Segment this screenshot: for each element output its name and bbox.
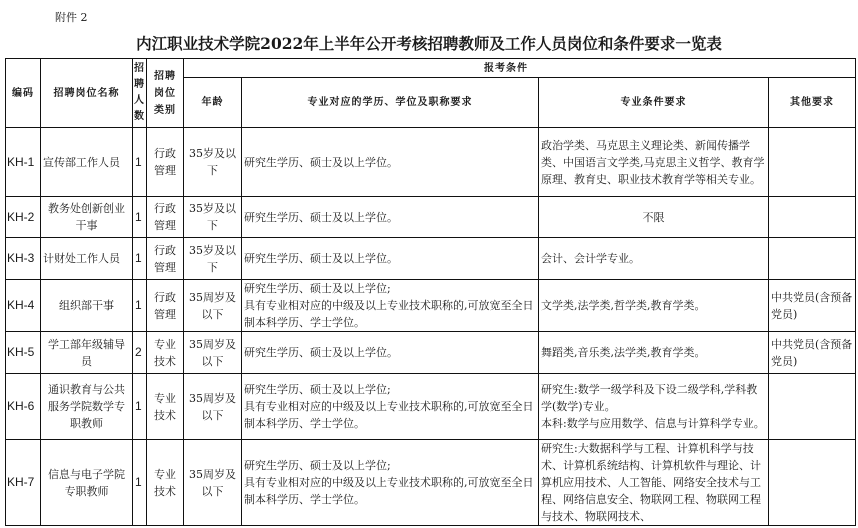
cell-count: 1	[133, 197, 147, 238]
cell-category: 行政管理	[147, 128, 184, 197]
cell-position-name: 教务处创新创业干事	[41, 197, 133, 238]
cell-age: 35周岁及以下	[184, 440, 242, 526]
cell-age: 35岁及以下	[184, 128, 242, 197]
cell-category: 行政管理	[147, 238, 184, 280]
cell-major: 舞蹈类,音乐类,法学类,教育学类。	[539, 332, 769, 374]
cell-position-name: 信息与电子学院专职教师	[41, 440, 133, 526]
cell-education: 研究生学历、硕士及以上学位。	[242, 332, 539, 374]
cell-major: 研究生:数学一级学科及下设二级学科,学科教学(数学)专业。 本科:数学与应用数学…	[539, 374, 769, 440]
header-conditions: 报考条件	[184, 59, 856, 78]
cell-code: KH-2	[6, 197, 41, 238]
cell-major: 政治学类、马克思主义理论类、新闻传播学类、中国语言文学类,马克思主义哲学、教育学…	[539, 128, 769, 197]
header-education: 专业对应的学历、学位及职称要求	[242, 78, 539, 128]
cell-other	[769, 374, 856, 440]
cell-code: KH-7	[6, 440, 41, 526]
cell-count: 1	[133, 440, 147, 526]
cell-education: 研究生学历、硕士及以上学位。	[242, 128, 539, 197]
cell-code: KH-1	[6, 128, 41, 197]
cell-education: 研究生学历、硕士及以上学位。	[242, 238, 539, 280]
cell-count: 1	[133, 128, 147, 197]
cell-major: 文学类,法学类,哲学类,教育学类。	[539, 280, 769, 332]
cell-code: KH-5	[6, 332, 41, 374]
header-category: 招聘岗位类别	[147, 59, 184, 128]
cell-count: 1	[133, 280, 147, 332]
table-row: KH-7 信息与电子学院专职教师 1 专业技术 35周岁及以下 研究生学历、硕士…	[6, 440, 856, 526]
cell-education: 研究生学历、硕士及以上学位; 具有专业相对应的中级及以上专业技术职称的,可放宽至…	[242, 440, 539, 526]
cell-category: 行政管理	[147, 280, 184, 332]
cell-code: KH-3	[6, 238, 41, 280]
cell-code: KH-4	[6, 280, 41, 332]
cell-category: 专业技术	[147, 440, 184, 526]
cell-category: 专业技术	[147, 374, 184, 440]
attachment-label: 附件 2	[55, 9, 88, 25]
table-row: KH-1 宣传部工作人员 1 行政管理 35岁及以下 研究生学历、硕士及以上学位…	[6, 128, 856, 197]
cell-other	[769, 238, 856, 280]
cell-age: 35周岁及以下	[184, 374, 242, 440]
cell-position-name: 通识教育与公共服务学院数学专职教师	[41, 374, 133, 440]
cell-major: 会计、会计学专业。	[539, 238, 769, 280]
cell-other	[769, 128, 856, 197]
cell-position-name: 组织部干事	[41, 280, 133, 332]
cell-other: 中共党员(含预备党员)	[769, 280, 856, 332]
cell-major: 研究生:大数据科学与工程、计算机科学与技术、计算机系统结构、计算机软件与理论、计…	[539, 440, 769, 526]
cell-count: 1	[133, 374, 147, 440]
cell-age: 35岁及以下	[184, 238, 242, 280]
cell-count: 2	[133, 332, 147, 374]
cell-count: 1	[133, 238, 147, 280]
header-count: 招聘人数	[133, 59, 147, 128]
table-row: KH-5 学工部年级辅导员 2 专业技术 35周岁及以下 研究生学历、硕士及以上…	[6, 332, 856, 374]
cell-age: 35岁及以下	[184, 197, 242, 238]
cell-position-name: 计财处工作人员	[41, 238, 133, 280]
header-age: 年龄	[184, 78, 242, 128]
header-other: 其他要求	[769, 78, 856, 128]
cell-code: KH-6	[6, 374, 41, 440]
cell-education: 研究生学历、硕士及以上学位; 具有专业相对应的中级及以上专业技术职称的,可放宽至…	[242, 374, 539, 440]
table-row: KH-3 计财处工作人员 1 行政管理 35岁及以下 研究生学历、硕士及以上学位…	[6, 238, 856, 280]
header-major: 专业条件要求	[539, 78, 769, 128]
positions-table: 编码 招聘岗位名称 招聘人数 招聘岗位类别 报考条件 年龄 专业对应的学历、学位…	[5, 58, 856, 526]
cell-other: 中共党员(含预备党员)	[769, 332, 856, 374]
cell-age: 35周岁及以下	[184, 332, 242, 374]
cell-other	[769, 197, 856, 238]
cell-category: 行政管理	[147, 197, 184, 238]
table-row: KH-4 组织部干事 1 行政管理 35周岁及以下 研究生学历、硕士及以上学位;…	[6, 280, 856, 332]
cell-position-name: 宣传部工作人员	[41, 128, 133, 197]
cell-other	[769, 440, 856, 526]
page-title: 内江职业技术学院2022年上半年公开考核招聘教师及工作人员岗位和条件要求一览表	[0, 32, 858, 54]
table-row: KH-2 教务处创新创业干事 1 行政管理 35岁及以下 研究生学历、硕士及以上…	[6, 197, 856, 238]
header-position-name: 招聘岗位名称	[41, 59, 133, 128]
cell-category: 专业技术	[147, 332, 184, 374]
header-code: 编码	[6, 59, 41, 128]
cell-age: 35周岁及以下	[184, 280, 242, 332]
cell-education: 研究生学历、硕士及以上学位。	[242, 197, 539, 238]
cell-major: 不限	[539, 197, 769, 238]
table-row: KH-6 通识教育与公共服务学院数学专职教师 1 专业技术 35周岁及以下 研究…	[6, 374, 856, 440]
cell-education: 研究生学历、硕士及以上学位; 具有专业相对应的中级及以上专业技术职称的,可放宽至…	[242, 280, 539, 332]
cell-position-name: 学工部年级辅导员	[41, 332, 133, 374]
